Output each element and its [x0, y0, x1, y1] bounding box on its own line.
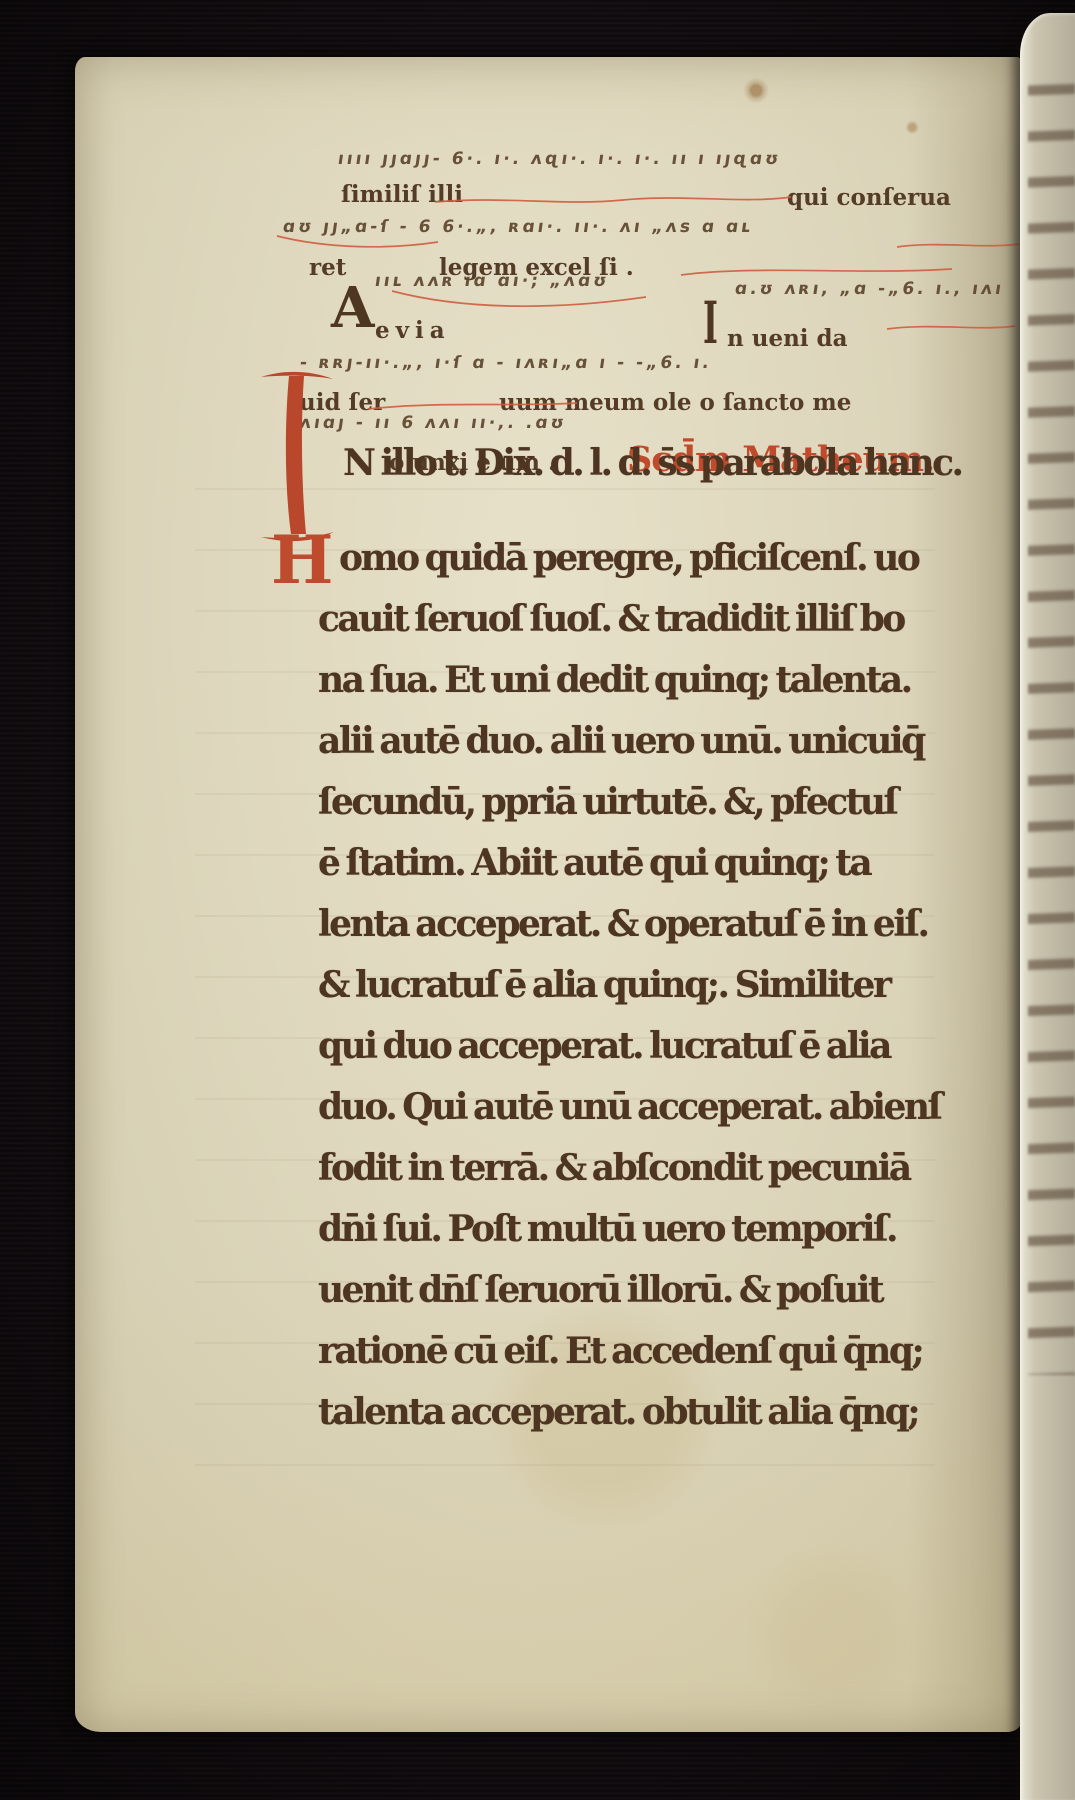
- gospel-line: omo quidā peregre, pficiſcenſ. uo: [339, 540, 918, 576]
- red-initial-h: H: [271, 527, 341, 593]
- chant-lyric-qui-conserua: qui conſerua: [787, 184, 951, 211]
- gospel-line: lenta acceperat. & operatuſ ē in eiſ.: [318, 906, 928, 942]
- neume-row-4: - ʀʀȷ-ıı·.„, ı·ſ ɑ - ıʌʀı„ɑ ı - -„6. ı.: [299, 353, 714, 373]
- alleluia-initial-a: A: [331, 275, 374, 341]
- gospel-line: qui duo acceperat. lucratuſ ē alia: [318, 1028, 890, 1064]
- neume-row-2: ɑʊ ȷȷ„ɑ-ſ - 6 6·.„, ʀɑı·. ıı·. ʌı „ʌs ɑ …: [282, 217, 755, 237]
- manuscript-photo: ıııı ȷȷɑȷȷ- 6·. ı·. ʌɋı·. ı·. ı·. ıı ı ı…: [0, 0, 1075, 1800]
- chant-lyric-n-ueni-da: n ueni da: [727, 325, 848, 352]
- gospel-line: ſecundū, ppriā uirtutē. &, pfectuſ: [318, 784, 896, 820]
- inveni-initial-i: I: [703, 289, 718, 357]
- red-filler-line-3b: [679, 261, 954, 281]
- neume-row-1: ıııı ȷȷɑȷȷ- 6·. ı·. ʌɋı·. ı·. ı·. ıı ı ı…: [337, 149, 783, 169]
- gospel-line: alii autē duo. alii uero unū. unicuiq̄: [318, 723, 924, 759]
- chant-lyric-uum-meum: uum meum ole o ſancto me: [499, 389, 851, 416]
- next-folio-blurred-text: [1028, 57, 1075, 1375]
- gospel-line: ē ſtatim. Abiit autē qui quinq; ta: [318, 845, 870, 881]
- red-filler-line-2b: [895, 237, 1021, 253]
- gospel-line: N illo t. Dix̄. d. l. d. s̄s parabola ha…: [343, 445, 962, 481]
- gospel-line: rationē cū eiſ. Et accedenſ qui q̄nq;: [318, 1333, 922, 1369]
- red-filler-line-1: [433, 193, 793, 209]
- gospel-line: duo. Qui autē unū acceperat. abienſ: [318, 1089, 941, 1125]
- red-initial-i: [258, 368, 336, 544]
- gospel-line: cauit ſeruoſ ſuoſ. & tradidit illiſ bo: [318, 601, 904, 637]
- chant-lyric-similis-illi: ſimiliſ illi: [341, 181, 463, 208]
- neume-row-5: ʌıɑȷ - ıı 6 ʌʌı ıı·,. .ɑʊ: [299, 413, 569, 433]
- gospel-line: na ſua. Et uni dedit quinq; talenta.: [318, 662, 911, 698]
- gospel-line: dn̄i ſui. Poſt multū uero temporiſ.: [318, 1211, 896, 1247]
- neume-row-3-left: ııʟ ʌʌʀ ıɑ ɑı·; „ʌɑʊ: [374, 271, 611, 291]
- next-folio-fore-edge: [1020, 13, 1075, 1800]
- gospel-line: & lucratuſ ē alia quinq;. Similiter: [318, 967, 889, 1003]
- neume-row-3-right: ɑ.ʊ ʌʀı, „ɑ -„6. ı., ıʌı: [734, 279, 1006, 299]
- gospel-line: uenit dn̄ſ ſeruorū illorū. & poſuit: [318, 1272, 882, 1308]
- gospel-line: talenta acceperat. obtulit alia q̄nq;: [318, 1394, 918, 1430]
- red-filler-line-3c: [885, 319, 1017, 335]
- chant-lyric-evia: evia: [375, 317, 451, 344]
- gospel-line: fodit in terrā. & abſcondit pecuniā: [318, 1150, 910, 1186]
- manuscript-page: ıııı ȷȷɑȷȷ- 6·. ı·. ʌɋı·. ı·. ı·. ıı ı ı…: [75, 57, 1021, 1732]
